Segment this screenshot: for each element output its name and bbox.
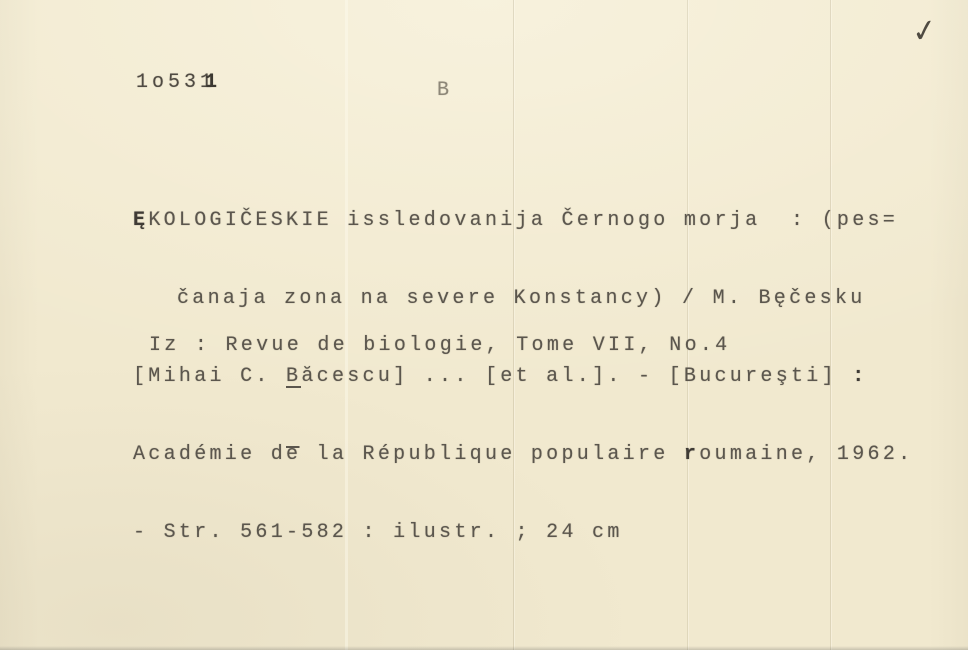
entry-line-4-overlined-letter: e xyxy=(286,443,301,466)
entry-line-4-text: Académie d xyxy=(133,443,286,466)
call-number: 1o5311 xyxy=(136,70,221,96)
section-letter: B xyxy=(437,78,452,104)
bibliographic-entry: ĘKOLOGIČESKIE issledovanija Černogo morj… xyxy=(133,156,913,598)
entry-line-1-initial: Ę xyxy=(133,209,148,232)
entry-line-3-text: [Mihai C. xyxy=(133,365,286,388)
entry-line-4-bold-letter: r xyxy=(684,443,699,466)
call-number-overstrike: 1 xyxy=(205,70,221,96)
scan-bottom-edge xyxy=(0,646,968,650)
entry-line-3: [Mihai C. Băcescu] ... [et al.]. - [Bucu… xyxy=(133,364,913,390)
checkmark-icon: ✓ xyxy=(910,12,940,52)
entry-line-3-colon: : xyxy=(852,365,867,388)
entry-line-5: - Str. 561-582 : ilustr. ; 24 cm xyxy=(133,520,913,546)
entry-line-4-text3: oumaine, 1962. xyxy=(699,443,913,466)
call-number-main: 1o531 xyxy=(136,71,216,94)
entry-line-4: Académie de la République populaire roum… xyxy=(133,442,913,468)
entry-line-3-text2: ăcescu] ... [et al.]. - [Bucureşti] xyxy=(301,365,852,388)
entry-line-2: čanaja zona na severe Konstancy) / M. Bę… xyxy=(133,286,913,312)
entry-line-4-text2: la République populaire xyxy=(301,443,684,466)
entry-line-3-underlined-letter: B xyxy=(286,365,301,388)
entry-line-1-text: KOLOGIČESKIE issledovanija Černogo morja… xyxy=(148,209,898,232)
entry-line-1: ĘKOLOGIČESKIE issledovanija Černogo morj… xyxy=(133,208,913,234)
catalog-card: 1o5311 B ✓ ĘKOLOGIČESKIE issledovanija Č… xyxy=(0,0,968,650)
source-note: Iz : Revue de biologie, Tome VII, No.4 xyxy=(149,333,730,359)
